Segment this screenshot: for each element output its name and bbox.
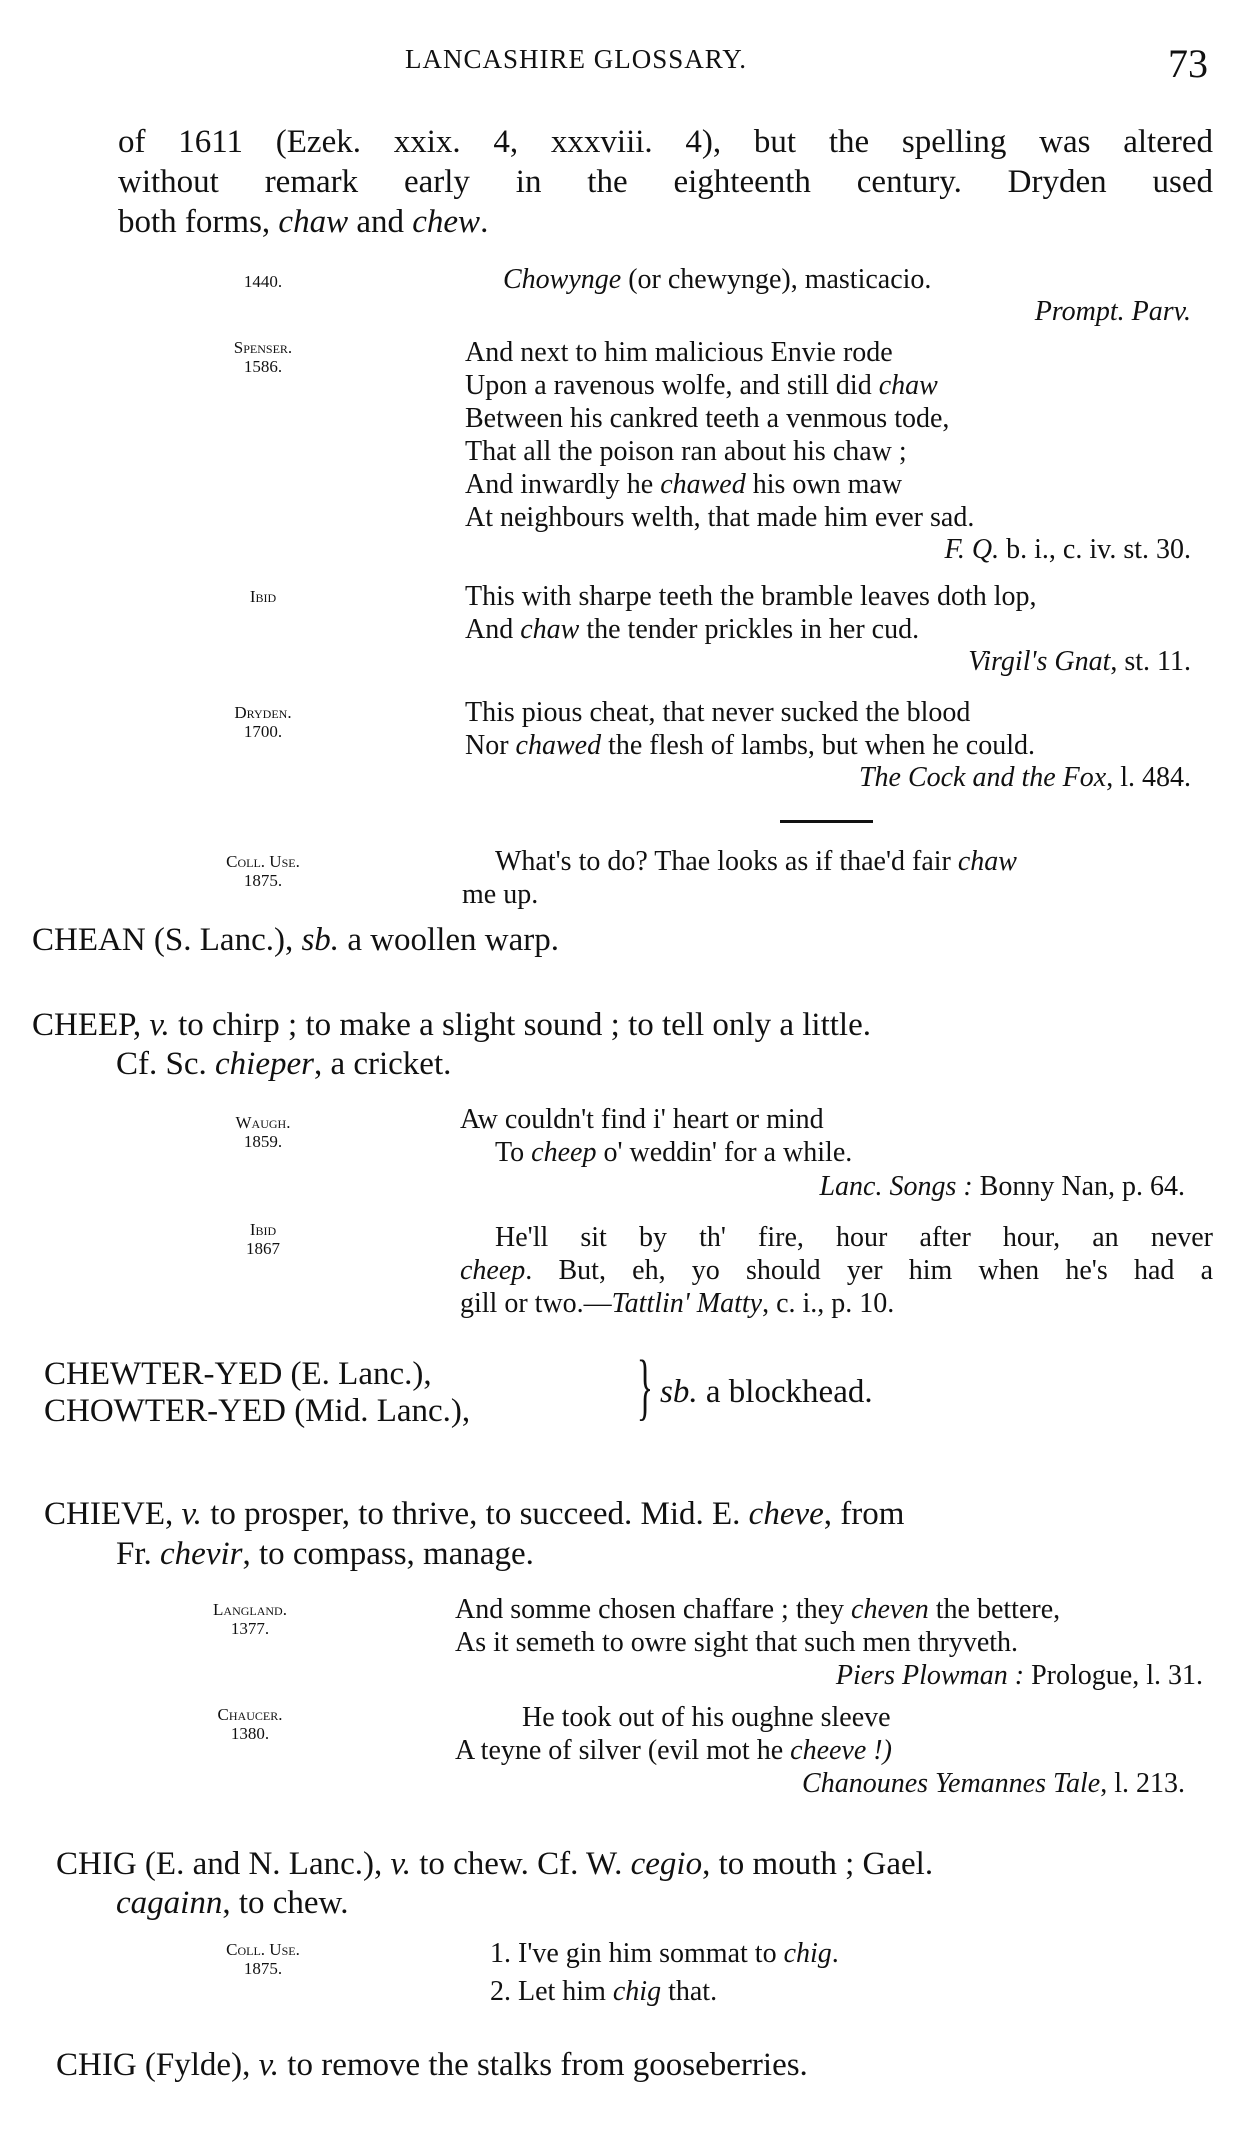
quote-line: To cheep o' weddin' for a while. xyxy=(495,1137,852,1169)
quote-source-year: Coll. Use.1875. xyxy=(188,852,338,890)
entry-line-1: CHIEVE, v. to prosper, to thrive, to suc… xyxy=(44,1496,904,1533)
headword: CHEAN xyxy=(32,922,146,958)
quote-year: 1440. xyxy=(188,272,338,291)
quote-source-year: Chaucer.1380. xyxy=(175,1705,325,1743)
quote-lines: This with sharpe teeth the bramble leave… xyxy=(465,580,1037,646)
brace-icon: } xyxy=(637,1345,653,1430)
headword-line-1: CHEWTER-YED (E. Lanc.), xyxy=(44,1356,432,1393)
running-title: LANCASHIRE GLOSSARY. xyxy=(405,44,747,75)
quote-source-year: Waugh.1859. xyxy=(188,1113,338,1151)
entry-chig-2: CHIG (Fylde), v. to remove the stalks fr… xyxy=(56,2047,808,2084)
quote-source: Ibid xyxy=(188,587,338,606)
entry-line-2: Fr. chevir, to compass, manage. xyxy=(116,1536,534,1573)
intro-line-2: without remark early in the eighteenth c… xyxy=(118,164,1213,201)
citation: Lanc. Songs : Bonny Nan, p. 64. xyxy=(819,1171,1185,1203)
entry-line-1: CHEEP, v. to chirp ; to make a slight so… xyxy=(32,1007,1217,1044)
citation: Prompt. Parv. xyxy=(1035,296,1191,328)
quote-line: As it semeth to owre sight that such men… xyxy=(455,1627,1018,1659)
citation: Virgil's Gnat, st. 11. xyxy=(968,646,1191,678)
headword: CHIG xyxy=(56,1846,137,1882)
quote-line: cheep. But, eh, yo should yer him when h… xyxy=(460,1255,1213,1287)
definition: sb. a blockhead. xyxy=(660,1374,873,1411)
entry-line-2: cagainn, to chew. xyxy=(116,1885,348,1922)
quote-line-1: What's to do? Thae looks as if thae'd fa… xyxy=(495,846,1017,878)
citation: Piers Plowman : Prologue, l. 31. xyxy=(836,1660,1203,1692)
quote-source-year: Langland.1377. xyxy=(175,1600,325,1638)
citation: F. Q. b. i., c. iv. st. 30. xyxy=(944,534,1191,566)
entry-line-2: Cf. Sc. chieper, a cricket. xyxy=(116,1046,451,1083)
quote-line: gill or two.—Tattlin' Matty, c. i., p. 1… xyxy=(460,1288,894,1320)
quote-lines: This pious cheat, that never sucked the … xyxy=(465,696,1035,762)
quote-line-2: me up. xyxy=(462,879,538,911)
headword: CHIG xyxy=(56,2047,137,2083)
citation: The Cock and the Fox, l. 484. xyxy=(859,762,1191,794)
quote-item-1: 1. I've gin him sommat to chig. xyxy=(490,1938,839,1970)
quote-line: Chowynge (or chewynge), masticacio. xyxy=(503,264,931,296)
quote-line: A teyne of silver (evil mot he cheeve !) xyxy=(455,1735,892,1767)
entry-chean: CHEAN (S. Lanc.), sb. a woollen warp. xyxy=(32,922,559,959)
quote-line: He'll sit by th' fire, hour after hour, … xyxy=(495,1222,1213,1254)
quote-source-year: Coll. Use.1875. xyxy=(188,1940,338,1978)
quote-item-2: 2. Let him chig that. xyxy=(490,1976,717,2008)
headword-line-2: CHOWTER-YED (Mid. Lanc.), xyxy=(44,1393,470,1430)
quote-line: He took out of his oughne sleeve xyxy=(522,1702,891,1734)
quote-lines: And next to him malicious Envie rode Upo… xyxy=(465,336,974,534)
quote-line: And somme chosen chaffare ; they cheven … xyxy=(455,1594,1060,1626)
quote-line: Aw couldn't find i' heart or mind xyxy=(460,1104,824,1136)
quote-source-year: Spenser.1586. xyxy=(188,338,338,376)
intro-line-1: of 1611 (Ezek. xxix. 4, xxxviii. 4), but… xyxy=(118,124,1213,161)
headword: CHEEP xyxy=(32,1007,133,1043)
page-number: 73 xyxy=(1168,40,1208,87)
citation: Chanounes Yemannes Tale, l. 213. xyxy=(802,1768,1185,1800)
headword: CHIEVE xyxy=(44,1496,165,1532)
entry-line-1: CHIG (E. and N. Lanc.), v. to chew. Cf. … xyxy=(56,1846,933,1883)
intro-line-3: both forms, chaw and chew. xyxy=(118,204,488,241)
quote-source-year: Dryden.1700. xyxy=(188,703,338,741)
section-rule xyxy=(780,820,873,823)
quote-source-year: Ibid1867 xyxy=(188,1220,338,1258)
